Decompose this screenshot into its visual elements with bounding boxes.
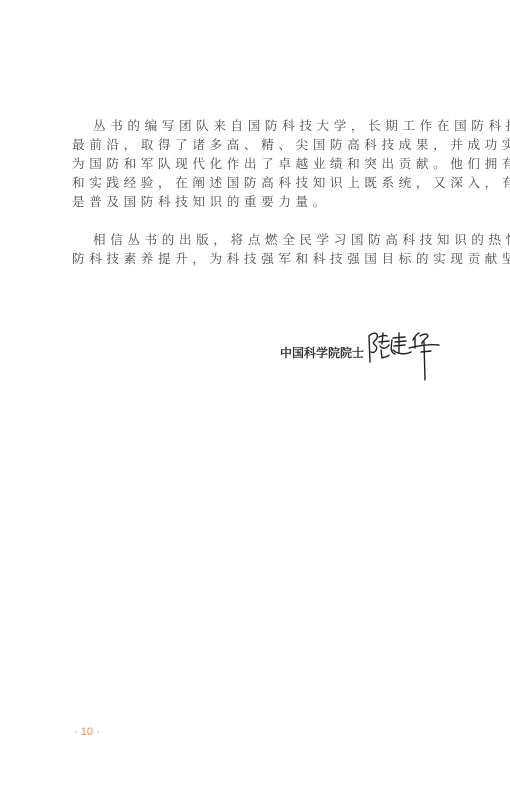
signature-block: 中国科学院院士	[270, 328, 460, 388]
paragraph-2: 相信丛书的出版，将点燃全民学习国防高科技知识的热情，助力全民国 防科技素养提升，…	[72, 230, 440, 268]
document-page: 丛书的编写团队来自国防科技大学，长期工作在国防科技研究的第一线、 最前沿，取得了…	[0, 0, 510, 800]
text-line: 为国防和军队现代化作出了卓越业绩和突出贡献。他们拥有丰富的知识积累	[72, 154, 440, 173]
signature-icon	[365, 328, 445, 383]
text-line: 是普及国防科技知识的重要力量。	[72, 192, 440, 211]
signatory-title: 中国科学院院士	[280, 344, 364, 361]
text-line: 防科技素养提升，为科技强军和科技强国目标的实现贡献坚实力量。	[72, 249, 440, 268]
paragraph-1: 丛书的编写团队来自国防科技大学，长期工作在国防科技研究的第一线、 最前沿，取得了…	[72, 116, 440, 211]
text-line: 相信丛书的出版，将点燃全民学习国防高科技知识的热情，助力全民国	[72, 230, 440, 249]
page-number: · 10 ·	[74, 726, 100, 738]
text-line: 最前沿，取得了诸多高、精、尖国防高科技成果，并成功实现了军事应用，	[72, 135, 440, 154]
text-line: 和实践经验，在阐述国防高科技知识上既系统，又深入，有卓识，也有远见，	[72, 173, 440, 192]
text-line: 丛书的编写团队来自国防科技大学，长期工作在国防科技研究的第一线、	[72, 116, 440, 135]
